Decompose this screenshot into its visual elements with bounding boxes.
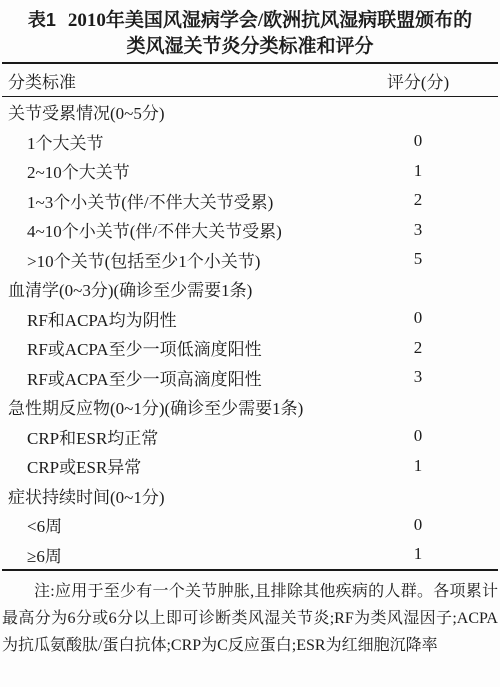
table-row: 1个大关节0 (2, 127, 498, 157)
score-value: 0 (374, 131, 462, 151)
table-row: RF和ACPA均为阴性0 (2, 304, 498, 334)
table-row: ≥6周1 (2, 540, 498, 570)
table-row: 血清学(0~3分)(确诊至少需要1条) (2, 274, 498, 304)
criteria-section-label: 血清学(0~3分)(确诊至少需要1条) (2, 276, 374, 301)
criteria-section-label: 症状持续时间(0~1分) (2, 483, 374, 508)
criteria-item-label: >10个关节(包括至少1个小关节) (2, 247, 374, 272)
criteria-item-label: RF或ACPA至少一项低滴度阳性 (2, 335, 374, 360)
table-row: 关节受累情况(0~5分) (2, 97, 498, 127)
score-value: 1 (374, 544, 462, 564)
criteria-item-label: <6周 (2, 512, 374, 537)
table-row: 症状持续时间(0~1分) (2, 481, 498, 511)
score-value: 3 (374, 220, 462, 240)
criteria-item-label: CRP或ESR异常 (2, 453, 374, 478)
criteria-section-label: 关节受累情况(0~5分) (2, 99, 374, 124)
score-column-header: 评分(分) (374, 68, 462, 93)
score-value: 1 (374, 456, 462, 476)
criteria-item-label: RF和ACPA均为阴性 (2, 306, 374, 331)
score-value: 0 (374, 515, 462, 535)
criteria-item-label: 4~10个小关节(伴/不伴大关节受累) (2, 217, 374, 242)
table-header-row: 分类标准 评分(分) (2, 64, 498, 97)
table-caption-line1: 表12010年美国风湿病学会/欧洲抗风湿病联盟颁布的 (0, 7, 500, 34)
criteria-score-table: 分类标准 评分(分) 关节受累情况(0~5分)1个大关节02~10个大关节11~… (2, 62, 498, 571)
criteria-column-header: 分类标准 (2, 68, 374, 93)
table-row: RF或ACPA至少一项低滴度阳性2 (2, 333, 498, 363)
score-value: 3 (374, 367, 462, 387)
score-value: 2 (374, 190, 462, 210)
table-row: RF或ACPA至少一项高滴度阳性3 (2, 363, 498, 393)
table-caption: 表12010年美国风湿病学会/欧洲抗风湿病联盟颁布的 类风湿关节炎分类标准和评分 (0, 0, 500, 62)
criteria-item-label: 1~3个小关节(伴/不伴大关节受累) (2, 188, 374, 213)
table-row: 4~10个小关节(伴/不伴大关节受累)3 (2, 215, 498, 245)
table-body: 关节受累情况(0~5分)1个大关节02~10个大关节11~3个小关节(伴/不伴大… (2, 97, 498, 569)
criteria-section-label: 急性期反应物(0~1分)(确诊至少需要1条) (2, 394, 374, 419)
table-row: 1~3个小关节(伴/不伴大关节受累)2 (2, 186, 498, 216)
table-title-line2: 类风湿关节炎分类标准和评分 (0, 34, 500, 60)
table-row: >10个关节(包括至少1个小关节)5 (2, 245, 498, 275)
score-value: 1 (374, 161, 462, 181)
table-row: CRP和ESR均正常0 (2, 422, 498, 452)
criteria-item-label: RF或ACPA至少一项高滴度阳性 (2, 365, 374, 390)
table-title-line1: 2010年美国风湿病学会/欧洲抗风湿病联盟颁布的 (68, 10, 472, 31)
table-row: 急性期反应物(0~1分)(确诊至少需要1条) (2, 392, 498, 422)
table-number-label: 表1 (28, 10, 56, 30)
table-row: <6周0 (2, 510, 498, 540)
criteria-item-label: ≥6周 (2, 542, 374, 567)
journal-table-figure: 表12010年美国风湿病学会/欧洲抗风湿病联盟颁布的 类风湿关节炎分类标准和评分… (0, 0, 500, 687)
criteria-item-label: 2~10个大关节 (2, 158, 374, 183)
score-value: 2 (374, 338, 462, 358)
table-row: 2~10个大关节1 (2, 156, 498, 186)
score-value: 5 (374, 249, 462, 269)
criteria-item-label: CRP和ESR均正常 (2, 424, 374, 449)
score-value: 0 (374, 426, 462, 446)
criteria-item-label: 1个大关节 (2, 129, 374, 154)
score-value: 0 (374, 308, 462, 328)
table-row: CRP或ESR异常1 (2, 451, 498, 481)
table-footnote: 注:应用于至少有一个关节肿胀,且排除其他疾病的人群。各项累计最高分为6分或6分以… (2, 571, 498, 659)
